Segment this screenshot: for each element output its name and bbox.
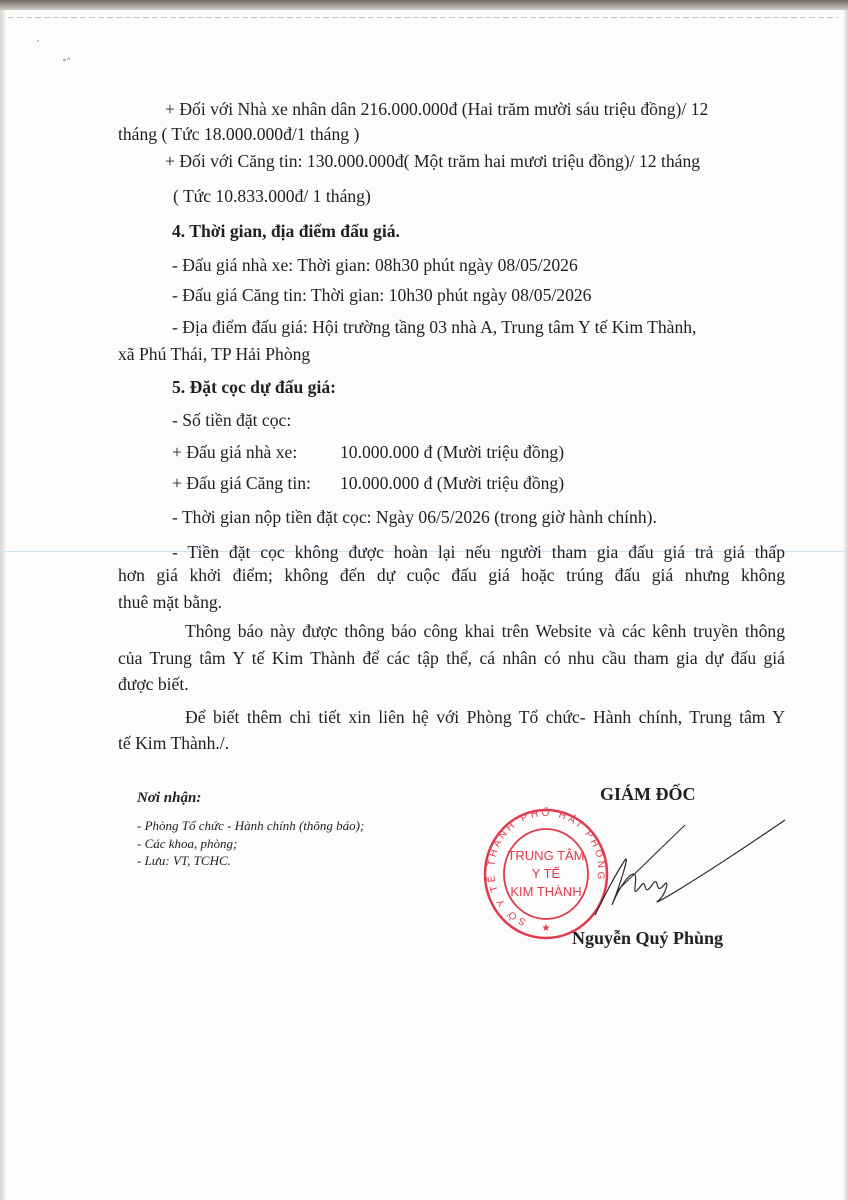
- deposit-label: - Số tiền đặt cọc:: [172, 409, 291, 431]
- recipient-item: - Lưu: VT, TCHC.: [137, 852, 231, 869]
- scan-edge-right: [844, 10, 848, 1200]
- scan-artifact-line: [8, 17, 838, 18]
- section4-item: - Đấu giá nhà xe: Thời gian: 08h30 phút …: [172, 254, 578, 276]
- svg-text:KIM THÀNH: KIM THÀNH: [510, 884, 581, 899]
- announcement-line: được biết.: [118, 673, 189, 695]
- svg-text:★: ★: [542, 923, 551, 934]
- document-page: , ∘° + Đối với Nhà xe nhân dân 216.000.0…: [0, 0, 848, 1200]
- forfeit-line: hơn giá khởi điểm; không đến dự cuộc đấu…: [118, 564, 785, 586]
- section4-item: xã Phú Thái, TP Hải Phòng: [118, 343, 310, 365]
- section4-item: - Địa điểm đấu giá: Hội trường tầng 03 n…: [172, 316, 696, 338]
- scan-speck: ,: [37, 34, 39, 43]
- signer-title: GIÁM ĐỐC: [600, 784, 696, 805]
- contact-line: tế Kim Thành./.: [118, 732, 229, 754]
- section4-item: - Đấu giá Căng tin: Thời gian: 10h30 phú…: [172, 284, 591, 306]
- recipients-title: Nơi nhận:: [137, 790, 201, 807]
- deposit-cang-tin-label: + Đấu giá Căng tin:: [172, 472, 311, 494]
- svg-text:Y TẾ: Y TẾ: [532, 866, 561, 881]
- svg-text:TRUNG TÂM: TRUNG TÂM: [507, 848, 584, 863]
- scan-speck: ∘°: [62, 56, 70, 65]
- recipient-item: - Các khoa, phòng;: [137, 835, 237, 852]
- recipient-item: - Phòng Tổ chức - Hành chính (thông báo)…: [137, 817, 364, 834]
- contact-line: Để biết thêm chi tiết xin liên hệ với Ph…: [185, 706, 785, 728]
- announcement-line: của Trung tâm Y tế Kim Thành để các tập …: [118, 647, 785, 669]
- deposit-cang-tin-amount: 10.000.000 đ (Mười triệu đồng): [340, 472, 564, 494]
- handwritten-signature-icon: [590, 815, 790, 925]
- price-cang-tin-line1: + Đối với Căng tin: 130.000.000đ( Một tr…: [165, 150, 700, 172]
- deposit-deadline: - Thời gian nộp tiền đặt cọc: Ngày 06/5/…: [172, 506, 657, 528]
- signer-name: Nguyễn Quý Phùng: [572, 928, 723, 949]
- announcement-line: Thông báo này được thông báo công khai t…: [185, 620, 785, 642]
- deposit-nha-xe-label: + Đấu giá nhà xe:: [172, 441, 297, 463]
- scan-edge-top: [0, 0, 848, 10]
- scan-edge-left: [0, 10, 5, 1200]
- forfeit-line: thuê mặt bằng.: [118, 591, 222, 613]
- price-cang-tin-line2: ( Tức 10.833.000đ/ 1 tháng): [173, 185, 371, 207]
- deposit-nha-xe-amount: 10.000.000 đ (Mười triệu đồng): [340, 441, 564, 463]
- price-nha-xe-line1: + Đối với Nhà xe nhân dân 216.000.000đ (…: [165, 98, 708, 120]
- section4-heading: 4. Thời gian, địa điểm đấu giá.: [172, 220, 400, 242]
- section5-heading: 5. Đặt cọc dự đấu giá:: [172, 376, 336, 398]
- price-nha-xe-line2: tháng ( Tức 18.000.000đ/1 tháng ): [118, 123, 359, 145]
- forfeit-line: - Tiền đặt cọc không được hoàn lại nếu n…: [172, 541, 785, 563]
